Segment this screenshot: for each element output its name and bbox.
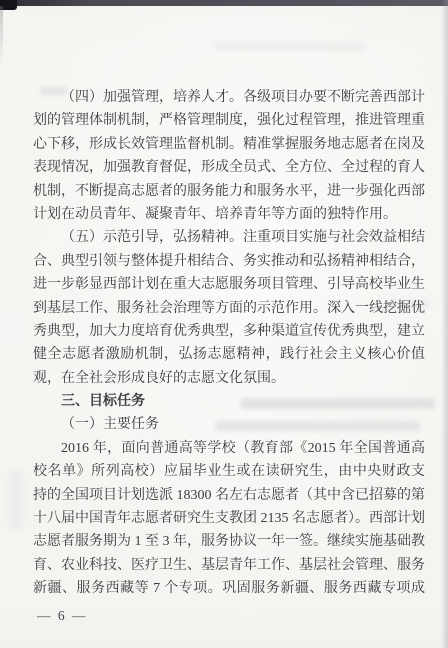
line-host: （四）加强管理，培养人才。各级项目办要不断完善西部计划的管理体制机制，严格管理制… <box>33 86 425 601</box>
text-line: 划的管理体制机制，严格管理制度，强化过程管理，推进管理重 <box>33 109 425 132</box>
text-line: 十八届中国青年志愿者研究生支教团 2135 名志愿者）。西部计划 <box>33 507 425 530</box>
bleed-through-mark <box>215 42 365 51</box>
document-body: （四）加强管理，培养人才。各级项目办要不断完善西部计划的管理体制机制，严格管理制… <box>33 86 425 624</box>
page-number: — 6 — <box>33 608 425 624</box>
bleed-through-mark <box>8 470 24 530</box>
scan-edge-top <box>0 0 448 6</box>
text-line: 观，在全社会形成良好的志愿文化氛围。 <box>33 367 425 390</box>
text-line: 志愿者服务期为 1 至 3 年，服务协议一年一签。继续实施基础教 <box>33 530 425 553</box>
text-line: 健全志愿者激励机制，弘扬志愿精神，践行社会主义核心价值 <box>33 343 425 366</box>
text-line: 合、典型引领与整体提升相结合、务实推动和弘扬精神相结合， <box>33 250 425 273</box>
text-line: 机制，不断提高志愿者的服务能力和服务水平，进一步强化西部 <box>33 180 425 203</box>
text-line: 心下移，形成长效管理监督机制。精准掌握服务地志愿者在岗及 <box>33 133 425 156</box>
text-line: （五）示范引导，弘扬精神。注重项目实施与社会效益相结 <box>33 226 425 249</box>
text-line: 校名单》所列高校）应届毕业生或在读研究生，由中央财政支 <box>33 460 425 483</box>
text-line: （四）加强管理，培养人才。各级项目办要不断完善西部计 <box>33 86 425 109</box>
text-line: （一）主要任务 <box>33 413 425 436</box>
text-line: 2016 年，面向普通高等学校（教育部《2015 年全国普通高 <box>33 437 425 460</box>
text-line: 育、农业科技、医疗卫生、基层青年工作、基层社会管理、服务 <box>33 554 425 577</box>
text-line: 持的全国项目计划选派 18300 名左右志愿者（其中含已招募的第 <box>33 484 425 507</box>
text-line: 计划在动员青年、凝聚青年、培养青年等方面的独特作用。 <box>33 203 425 226</box>
scan-edge-right <box>441 0 448 648</box>
text-line: 三、目标任务 <box>33 390 425 413</box>
text-line: 秀典型，加大力度培育优秀典型，多种渠道宣传优秀典型，建立 <box>33 320 425 343</box>
text-line: 到基层工作、服务社会治理等方面的示范作用。深入一线挖掘优 <box>33 297 425 320</box>
text-line: 进一步彰显西部计划在重大志愿服务项目管理、引导高校毕业生 <box>33 273 425 296</box>
text-line: 新疆、服务西藏等 7 个专项。巩固服务新疆、服务西藏专项成 <box>33 577 425 600</box>
scanned-document-page: （四）加强管理，培养人才。各级项目办要不断完善西部计划的管理体制机制，严格管理制… <box>0 0 448 648</box>
text-line: 表现情况，加强教育督促，形成全员式、全方位、全过程的育人 <box>33 156 425 179</box>
scan-edge-left <box>0 6 3 66</box>
